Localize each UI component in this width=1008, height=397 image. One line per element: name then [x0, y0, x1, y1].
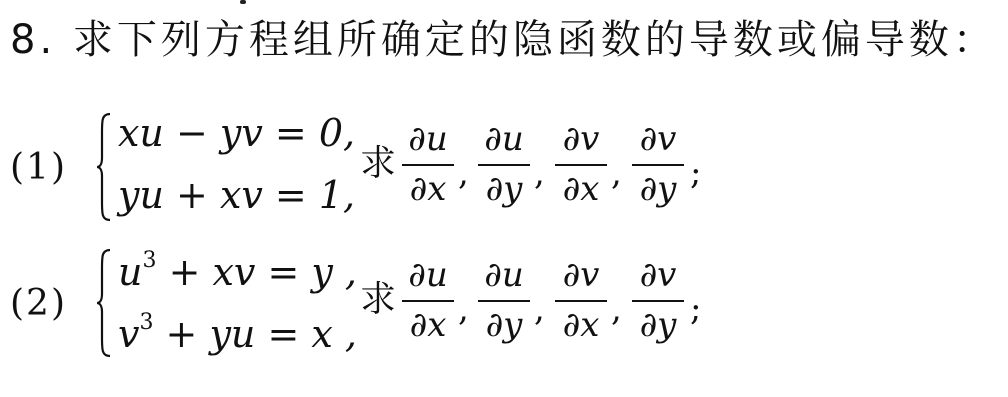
left-brace-icon: [96, 112, 112, 222]
separator: ;: [690, 292, 701, 326]
partial-derivative: ∂u∂y: [478, 258, 530, 342]
separator: ,: [611, 156, 622, 190]
partial-derivative: ∂u∂x: [402, 122, 454, 206]
separator: ,: [458, 292, 469, 326]
partial-derivative: ∂v∂x: [555, 122, 607, 206]
equation-2: yu + xv = 1,: [118, 176, 355, 214]
problem-2: (2) u3 + xv = y , v3 + yu = x , 求 ∂u∂x ,…: [0, 244, 1008, 364]
separator: ,: [458, 156, 469, 190]
separator: ,: [611, 292, 622, 326]
partial-derivative: ∂v∂y: [632, 122, 684, 206]
equation-1: xu − yv = 0,: [118, 114, 355, 152]
separator: ;: [690, 156, 701, 190]
exercise-title: 8. 求下列方程组所确定的隐函数的导数或偏导数：: [10, 20, 997, 60]
find-label: 求: [360, 282, 396, 318]
cropped-mark: [240, 0, 246, 4]
problem-1: (1) xu − yv = 0, yu + xv = 1, 求 ∂u∂x , ∂…: [0, 108, 1008, 228]
separator: ,: [534, 156, 545, 190]
partial-derivative: ∂u∂y: [478, 122, 530, 206]
partial-derivative: ∂v∂y: [632, 258, 684, 342]
equation-1: u3 + xv = y ,: [118, 250, 357, 291]
partial-derivative: ∂u∂x: [402, 258, 454, 342]
find-label: 求: [360, 146, 396, 182]
partial-derivative: ∂v∂x: [555, 258, 607, 342]
problem-label: (2): [10, 286, 67, 322]
separator: ,: [534, 292, 545, 326]
equation-2: v3 + yu = x ,: [118, 312, 357, 353]
left-brace-icon: [96, 248, 112, 358]
problem-label: (1): [10, 150, 67, 186]
